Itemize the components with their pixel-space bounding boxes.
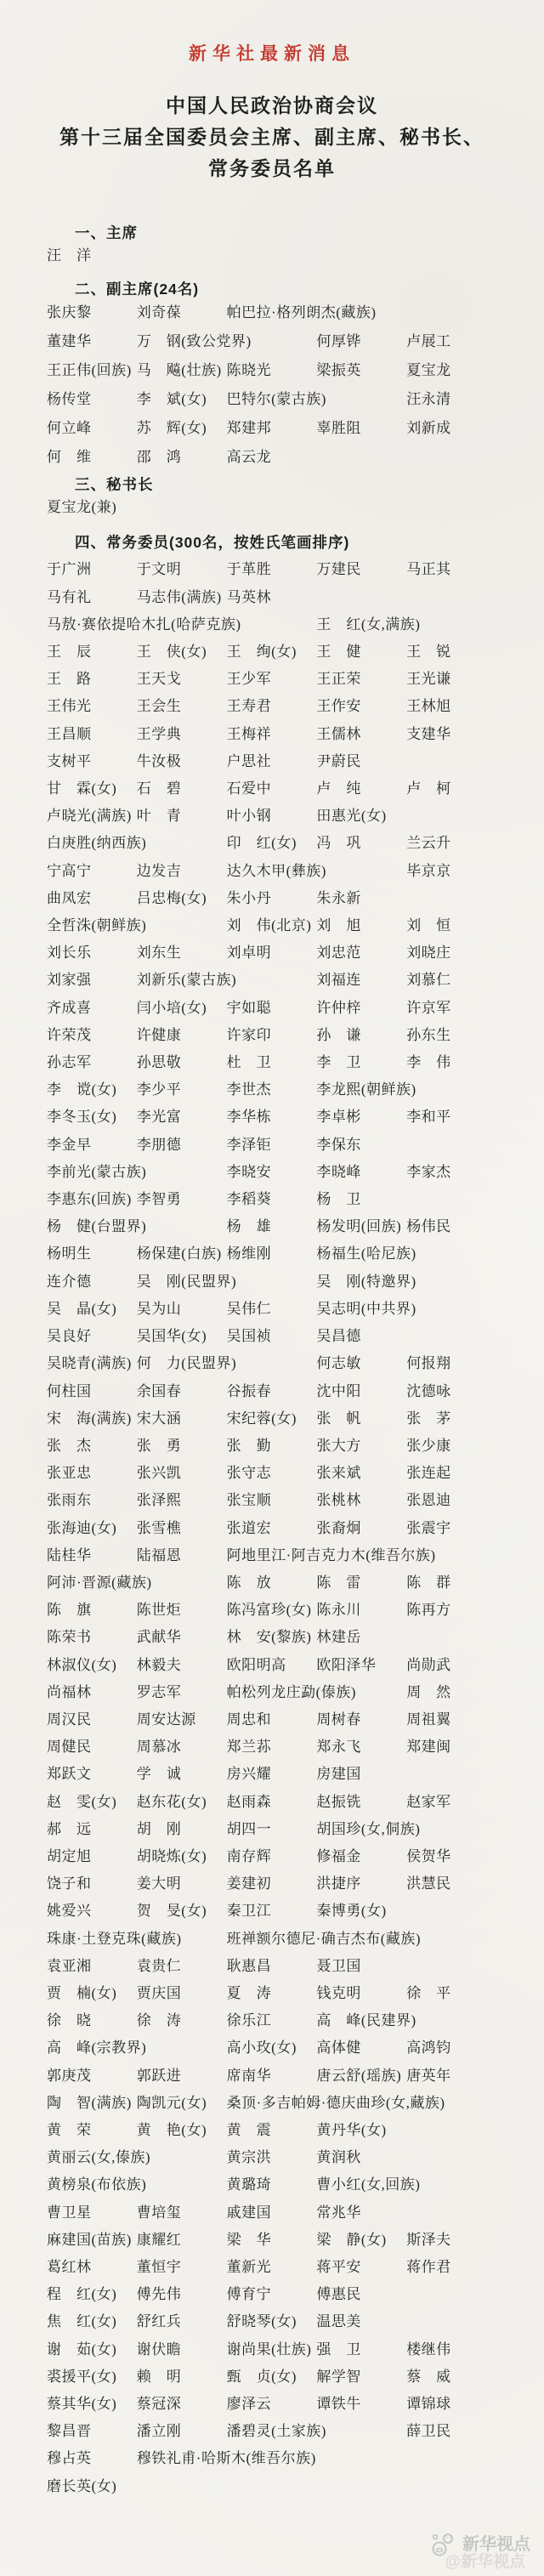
name-row: 谢 茹(女)谢伏瞻谢尚果(壮族)强 卫楼继伟 — [0, 2336, 544, 2363]
member-name: 周忠和 — [227, 1706, 317, 1733]
member-name: 王天戈 — [137, 666, 227, 693]
member-name: 贺 旻(女) — [137, 1898, 227, 1925]
member-name: 孙 谦 — [316, 1022, 406, 1049]
member-name: 曹卫星 — [47, 2199, 137, 2227]
member-name: 于革胜 — [227, 556, 317, 583]
member-name: 卢 纯 — [316, 775, 406, 803]
name-row: 李金早李朋德李泽钜李保东 — [0, 1132, 544, 1159]
member-name: 王寿君 — [227, 693, 317, 720]
member-name: 饶子和 — [47, 1870, 137, 1898]
section-4: 四、常务委员(300名，按姓氏笔画排序)于广洲于文明于革胜万建民马正其马有礼马志… — [0, 533, 544, 2499]
member-name: 曹培玺 — [137, 2199, 227, 2227]
name-row: 李冬玉(女)李光富李华栋李卓彬李和平 — [0, 1104, 544, 1131]
member-name: 马有礼 — [47, 584, 137, 611]
member-name: 沈中阳 — [316, 1378, 406, 1405]
member-name: 梁 华 — [227, 2227, 317, 2254]
member-name: 南存辉 — [227, 1843, 317, 1870]
member-name: 王少军 — [227, 666, 317, 693]
member-name: 班禅额尔德尼·确吉杰布(藏族) — [227, 1926, 496, 1953]
member-name: 沈德咏 — [406, 1378, 496, 1405]
member-name: 周树春 — [316, 1706, 406, 1733]
member-name: 王作安 — [316, 693, 406, 720]
member-name: 林 安(黎族) — [227, 1624, 317, 1651]
member-name: 黄 震 — [227, 2117, 317, 2144]
member-name: 谢尚果(壮族) — [227, 2336, 317, 2363]
member-name: 陈世炬 — [137, 1597, 227, 1624]
member-name: 张守志 — [227, 1460, 317, 1487]
name-row: 黎昌晋潘立刚潘碧灵(土家族)薛卫民 — [0, 2418, 544, 2445]
name-row: 杨明生杨保建(白族)杨维刚杨福生(哈尼族) — [0, 1240, 544, 1268]
member-name: 连介德 — [47, 1268, 137, 1296]
member-name: 李冬玉(女) — [47, 1104, 137, 1131]
member-name: 王 锐 — [406, 638, 496, 666]
member-name: 卢晓光(满族) — [47, 803, 137, 830]
name-row: 穆占英穆铁礼甫·哈斯木(维吾尔族) — [0, 2445, 544, 2472]
name-row: 何立峰苏 辉(女)郑建邦辜胜阻刘新成 — [0, 414, 544, 443]
name-row: 汪 洋 — [0, 242, 544, 270]
member-name: 吴晓青(满族) — [47, 1350, 137, 1377]
name-row: 张庆黎刘奇葆帕巴拉·格列朗杰(藏族) — [0, 298, 544, 327]
member-name: 解学智 — [316, 2363, 406, 2391]
member-name: 温思美 — [316, 2308, 496, 2335]
section-1: 一、主席汪 洋 — [0, 224, 544, 270]
name-row: 曲凤宏吕忠梅(女)朱小丹朱永新 — [0, 885, 544, 912]
name-row: 李惠东(回族)李智勇李稻葵杨 卫 — [0, 1186, 544, 1213]
member-name: 谭锦球 — [406, 2391, 496, 2418]
member-name: 薛卫民 — [406, 2418, 496, 2445]
name-list: 一、主席汪 洋二、副主席(24名)张庆黎刘奇葆帕巴拉·格列朗杰(藏族)董建华万 … — [0, 224, 544, 2500]
member-name: 万建民 — [316, 556, 406, 583]
member-name: 张大方 — [316, 1433, 406, 1460]
member-name: 舒晓琴(女) — [227, 2308, 317, 2335]
member-name: 罗志军 — [137, 1679, 227, 1706]
member-name: 赵振铣 — [316, 1789, 406, 1816]
member-name: 冯 巩 — [316, 830, 406, 857]
member-name: 黄丽云(女,傣族) — [47, 2144, 227, 2171]
member-name: 林淑仪(女) — [47, 1652, 137, 1679]
member-name: 李世杰 — [227, 1076, 317, 1104]
member-name: 许仲梓 — [316, 995, 406, 1022]
member-name: 何 维 — [47, 443, 137, 472]
name-row: 宁高宁边发吉达久木甲(彝族)毕京京 — [0, 858, 544, 885]
member-name: 牛汝极 — [137, 748, 227, 775]
member-name: 李前光(蒙古族) — [47, 1159, 227, 1186]
member-name: 万 钢(致公党界) — [137, 327, 317, 356]
name-row: 王正伟(回族)马 飚(壮族)陈晓光梁振英夏宝龙 — [0, 356, 544, 385]
member-name: 贾 楠(女) — [47, 1980, 137, 2007]
member-name: 黄 艳(女) — [137, 2117, 227, 2144]
member-name: 李智勇 — [137, 1186, 227, 1213]
member-name: 徐 涛 — [137, 2007, 227, 2034]
member-name: 石爱中 — [227, 775, 317, 803]
name-row: 黄丽云(女,傣族)黄宗洪黄润秋 — [0, 2144, 544, 2171]
section-heading: 三、秘书长 — [0, 475, 544, 494]
member-name: 张亚忠 — [47, 1460, 137, 1487]
member-name: 孙志军 — [47, 1049, 137, 1076]
member-name: 唐云舒(瑶族) — [316, 2063, 406, 2090]
name-row: 胡定旭胡晓炼(女)南存辉修福金侯贺华 — [0, 1843, 544, 1870]
member-name: 李家杰 — [406, 1159, 496, 1186]
member-name: 学 诚 — [137, 1761, 227, 1788]
member-name: 杨 健(台盟界) — [47, 1213, 227, 1240]
document-page: 新华社最新消息 中国人民政治协商会议 第十三届全国委员会主席、副主席、秘书长、 … — [0, 0, 544, 2576]
member-name: 杨维刚 — [227, 1240, 317, 1268]
member-name: 李 卫 — [316, 1049, 406, 1076]
member-name: 邵 鸿 — [137, 443, 227, 472]
name-row: 杨传堂李 斌(女)巴特尔(蒙古族)汪永清 — [0, 385, 544, 414]
member-name: 张 茅 — [406, 1405, 496, 1433]
member-name: 李泽钜 — [227, 1132, 317, 1159]
name-row: 磨长英(女) — [0, 2473, 544, 2500]
member-name: 巴特尔(蒙古族) — [227, 385, 407, 414]
name-row: 周健民周慕冰郑兰荪郑永飞郑建闽 — [0, 1733, 544, 1761]
section-heading: 四、常务委员(300名，按姓氏笔画排序) — [0, 533, 544, 552]
member-name: 边发吉 — [137, 858, 227, 885]
member-name: 刘家强 — [47, 967, 137, 994]
member-name: 刘慕仁 — [406, 967, 496, 994]
member-name: 张 勤 — [227, 1433, 317, 1460]
name-row: 袁亚湘袁贵仁耿惠昌聂卫国 — [0, 1953, 544, 1980]
member-name: 周祖翼 — [406, 1706, 496, 1733]
member-name: 陈冯富珍(女) — [227, 1597, 317, 1624]
member-name: 黄丹华(女) — [316, 2117, 496, 2144]
member-name: 李龙熙(朝鲜族) — [316, 1076, 496, 1104]
member-name: 蒋作君 — [406, 2254, 496, 2281]
member-name: 张庆黎 — [47, 298, 137, 327]
name-row: 曹卫星曹培玺戚建国常兆华 — [0, 2199, 544, 2227]
member-name: 黄璐琦 — [227, 2171, 317, 2199]
member-name: 许健康 — [137, 1022, 227, 1049]
name-row: 尚福林罗志军帕松列龙庄勐(傣族)周 然 — [0, 1679, 544, 1706]
member-name: 麻建国(苗族) — [47, 2227, 137, 2254]
name-row: 夏宝龙(兼) — [0, 494, 544, 521]
member-name: 高 峰(民建界) — [316, 2007, 496, 2034]
member-name: 胡 刚 — [137, 1816, 227, 1843]
member-name: 郑建闽 — [406, 1733, 496, 1761]
member-name: 胡定旭 — [47, 1843, 137, 1870]
name-row: 高 峰(宗教界)高小玫(女)高体健高鸿钧 — [0, 2034, 544, 2062]
member-name: 宇如聪 — [227, 995, 317, 1022]
member-name: 王昌顺 — [47, 721, 137, 748]
member-name: 李 谠(女) — [47, 1076, 137, 1104]
title-line-1: 中国人民政治协商会议 — [0, 90, 544, 122]
member-name: 刘东生 — [137, 939, 227, 967]
member-name: 卢 柯 — [406, 775, 496, 803]
name-row: 李前光(蒙古族)李晓安李晓峰李家杰 — [0, 1159, 544, 1186]
member-name: 蒋平安 — [316, 2254, 406, 2281]
name-row: 徐 晓徐 涛徐乐江高 峰(民建界) — [0, 2007, 544, 2034]
member-name: 李和平 — [406, 1104, 496, 1131]
watermark-line-2: @新华视点 — [430, 2554, 530, 2571]
member-name: 陈荣书 — [47, 1624, 137, 1651]
member-name: 谷振春 — [227, 1378, 317, 1405]
member-name: 程 红(女) — [47, 2281, 137, 2308]
member-name: 李 伟 — [406, 1049, 496, 1076]
member-name: 斯泽夫 — [406, 2227, 496, 2254]
member-name: 张道宏 — [227, 1515, 317, 1542]
member-name: 王梅祥 — [227, 721, 317, 748]
member-name: 周健民 — [47, 1733, 137, 1761]
member-name: 马 飚(壮族) — [137, 356, 227, 385]
member-name: 桑顶·多吉帕姆·德庆曲珍(女,藏族) — [227, 2090, 496, 2117]
member-name: 王伟光 — [47, 693, 137, 720]
member-name: 楼继伟 — [406, 2336, 496, 2363]
member-name: 夏 涛 — [227, 1980, 317, 2007]
member-name: 董新光 — [227, 2254, 317, 2281]
member-name: 曹小红(女,回族) — [316, 2171, 496, 2199]
member-name: 徐 平 — [406, 1980, 496, 2007]
member-name: 王 辰 — [47, 638, 137, 666]
member-name: 王学典 — [137, 721, 227, 748]
name-row: 王昌顺王学典王梅祥王儒林支建华 — [0, 721, 544, 748]
member-name: 何志敏 — [316, 1350, 406, 1377]
member-name: 裘援平(女) — [47, 2363, 137, 2391]
member-name: 张震宇 — [406, 1515, 496, 1542]
member-name: 董建华 — [47, 327, 137, 356]
member-name: 李金早 — [47, 1132, 137, 1159]
name-row: 贾 楠(女)贾庆国夏 涛钱克明徐 平 — [0, 1980, 544, 2007]
name-row: 王 辰王 侠(女)王 绚(女)王 健王 锐 — [0, 638, 544, 666]
member-name: 潘碧灵(土家族) — [227, 2418, 407, 2445]
name-row: 张海迪(女)张雪樵张道宏张裔炯张震宇 — [0, 1515, 544, 1542]
member-name: 叶小钢 — [227, 803, 317, 830]
member-name: 梁振英 — [316, 356, 406, 385]
member-name: 余国春 — [137, 1378, 227, 1405]
member-name: 许荣茂 — [47, 1022, 137, 1049]
name-row: 许荣茂许健康许家印孙 谦孙东生 — [0, 1022, 544, 1049]
member-name: 房兴耀 — [227, 1761, 317, 1788]
member-name: 周安达源 — [137, 1706, 227, 1733]
member-name: 孙思敬 — [137, 1049, 227, 1076]
member-name: 王 健 — [316, 638, 406, 666]
member-name: 张裔炯 — [316, 1515, 406, 1542]
member-name: 杜 卫 — [227, 1049, 317, 1076]
member-name: 赵 雯(女) — [47, 1789, 137, 1816]
watermark-text: 新华视点 — [462, 2535, 530, 2554]
name-row: 刘长乐刘东生刘卓明刘忠范刘晓庄 — [0, 939, 544, 967]
member-name: 李保东 — [316, 1132, 496, 1159]
name-row: 张亚忠张兴凯张守志张来斌张连起 — [0, 1460, 544, 1487]
member-name: 闫小培(女) — [137, 995, 227, 1022]
member-name: 谢伏瞻 — [137, 2336, 227, 2363]
member-name: 何柱国 — [47, 1378, 137, 1405]
member-name: 宋 海(满族) — [47, 1405, 137, 1433]
title-line-3: 常务委员名单 — [0, 153, 544, 184]
member-name: 何立峰 — [47, 414, 137, 443]
member-name: 周慕冰 — [137, 1733, 227, 1761]
member-name: 磨长英(女) — [47, 2473, 496, 2500]
member-name: 张 杰 — [47, 1433, 137, 1460]
member-name: 周汉民 — [47, 1706, 137, 1733]
name-row: 孙志军孙思敬杜 卫李 卫李 伟 — [0, 1049, 544, 1076]
member-name: 王正伟(回族) — [47, 356, 137, 385]
member-name: 阿地里江·阿吉克力木(维吾尔族) — [227, 1542, 496, 1569]
member-name: 吴昌德 — [316, 1323, 496, 1350]
name-row: 姚爱兴贺 旻(女)秦卫江秦博勇(女) — [0, 1898, 544, 1925]
member-name: 周 然 — [406, 1679, 496, 1706]
member-name: 潘立刚 — [137, 2418, 227, 2445]
name-row: 麻建国(苗族)康耀红梁 华梁 静(女)斯泽夫 — [0, 2227, 544, 2254]
member-name: 张恩迪 — [406, 1487, 496, 1514]
name-row: 林淑仪(女)林毅夫欧阳明高欧阳泽华尚勋武 — [0, 1652, 544, 1679]
member-name: 宋大涵 — [137, 1405, 227, 1433]
member-name: 郑建邦 — [227, 414, 317, 443]
member-name: 刘 恒 — [406, 912, 496, 939]
member-name: 甄 贞(女) — [227, 2363, 317, 2391]
name-row: 杨 健(台盟界)杨 雄杨发明(回族)杨伟民 — [0, 1213, 544, 1240]
name-row: 何 维邵 鸿高云龙 — [0, 443, 544, 472]
member-name: 支建华 — [406, 721, 496, 748]
member-name: 陈永川 — [316, 1597, 406, 1624]
member-name: 毕京京 — [406, 858, 496, 885]
member-name: 傅惠民 — [316, 2281, 496, 2308]
member-name: 马敖·赛依提哈木扎(哈萨克族) — [47, 611, 316, 638]
member-name: 马英林 — [227, 584, 496, 611]
member-name: 张雪樵 — [137, 1515, 227, 1542]
member-name: 郑跃文 — [47, 1761, 137, 1788]
member-name: 朱小丹 — [227, 885, 317, 912]
member-name: 郭庚茂 — [47, 2063, 137, 2090]
member-name: 夏宝龙(兼) — [47, 494, 496, 521]
name-row: 蔡其华(女)蔡冠深廖泽云谭铁牛谭锦球 — [0, 2391, 544, 2418]
member-name: 李少平 — [137, 1076, 227, 1104]
member-name: 常兆华 — [316, 2199, 496, 2227]
member-name: 叶 青 — [137, 803, 227, 830]
member-name: 张来斌 — [316, 1460, 406, 1487]
member-name: 甘 霖(女) — [47, 775, 137, 803]
member-name: 许京军 — [406, 995, 496, 1022]
member-name: 刘 旭 — [316, 912, 406, 939]
member-name: 全哲洙(朝鲜族) — [47, 912, 227, 939]
member-name: 杨传堂 — [47, 385, 137, 414]
member-name: 王正荣 — [316, 666, 406, 693]
member-name: 高云龙 — [227, 443, 496, 472]
member-name: 陆福恩 — [137, 1542, 227, 1569]
member-name: 洪慧民 — [406, 1870, 496, 1898]
member-name: 刘福连 — [316, 967, 406, 994]
member-name: 马志伟(满族) — [137, 584, 227, 611]
member-name: 傅育宁 — [227, 2281, 317, 2308]
member-name: 尹蔚民 — [316, 748, 496, 775]
member-name: 尚福林 — [47, 1679, 137, 1706]
name-row: 饶子和姜大明姜建初洪捷序洪慧民 — [0, 1870, 544, 1898]
member-name: 李华栋 — [227, 1104, 317, 1131]
member-name: 辜胜阻 — [316, 414, 406, 443]
name-row: 裘援平(女)赖 明甄 贞(女)解学智蔡 威 — [0, 2363, 544, 2391]
member-name: 何 力(民盟界) — [137, 1350, 317, 1377]
member-name: 蔡其华(女) — [47, 2391, 137, 2418]
member-name: 刘长乐 — [47, 939, 137, 967]
member-name: 高小玫(女) — [227, 2034, 317, 2062]
name-row: 齐成喜闫小培(女)宇如聪许仲梓许京军 — [0, 995, 544, 1022]
member-name: 白庚胜(纳西族) — [47, 830, 227, 857]
name-row: 董建华万 钢(致公党界)何厚铧卢展工 — [0, 327, 544, 356]
member-name: 许家印 — [227, 1022, 317, 1049]
section-3: 三、秘书长夏宝龙(兼) — [0, 475, 544, 521]
member-name: 郑永飞 — [316, 1733, 406, 1761]
member-name: 杨明生 — [47, 1240, 137, 1268]
name-row: 黄榜泉(布依族)黄璐琦曹小红(女,回族) — [0, 2171, 544, 2199]
member-name: 李晓峰 — [316, 1159, 406, 1186]
member-name: 秦博勇(女) — [316, 1898, 496, 1925]
name-row: 白庚胜(纳西族)印 红(女)冯 巩兰云升 — [0, 830, 544, 857]
member-name: 戚建国 — [227, 2199, 317, 2227]
member-name: 李 斌(女) — [137, 385, 227, 414]
member-name: 陈 放 — [227, 1569, 317, 1597]
member-name: 胡晓炼(女) — [137, 1843, 227, 1870]
member-name: 卢展工 — [406, 327, 496, 356]
member-name: 杨发明(回族) — [316, 1213, 406, 1240]
member-name: 杨福生(哈尼族) — [316, 1240, 496, 1268]
name-row: 程 红(女)傅先伟傅育宁傅惠民 — [0, 2281, 544, 2308]
name-row: 连介德吴 刚(民盟界)吴 刚(特邀界) — [0, 1268, 544, 1296]
name-row: 焦 红(女)舒红兵舒晓琴(女)温思美 — [0, 2308, 544, 2335]
member-name: 王 路 — [47, 666, 137, 693]
member-name: 李晓安 — [227, 1159, 317, 1186]
member-name: 刘新成 — [406, 414, 496, 443]
member-name: 吴为山 — [137, 1296, 227, 1323]
name-row: 甘 霖(女)石 碧石爱中卢 纯卢 柯 — [0, 775, 544, 803]
member-name: 黄榜泉(布依族) — [47, 2171, 227, 2199]
member-name: 郝 远 — [47, 1816, 137, 1843]
member-name: 刘 伟(北京) — [227, 912, 317, 939]
member-name: 强 卫 — [316, 2336, 406, 2363]
name-row: 张 杰张 勇张 勤张大方张少康 — [0, 1433, 544, 1460]
member-name: 张 帆 — [316, 1405, 406, 1433]
member-name: 张 勇 — [137, 1433, 227, 1460]
member-name: 傅先伟 — [137, 2281, 227, 2308]
member-name: 王 侠(女) — [137, 638, 227, 666]
member-name: 赵家军 — [406, 1789, 496, 1816]
member-name: 王 红(女,满族) — [316, 611, 496, 638]
member-name: 赵东花(女) — [137, 1789, 227, 1816]
member-name: 焦 红(女) — [47, 2308, 137, 2335]
member-name: 葛红林 — [47, 2254, 137, 2281]
member-name: 达久木甲(彝族) — [227, 858, 407, 885]
member-name: 吴 刚(特邀界) — [316, 1268, 496, 1296]
member-name: 姜建初 — [227, 1870, 317, 1898]
member-name: 陈再方 — [406, 1597, 496, 1624]
section-heading: 一、主席 — [0, 224, 544, 242]
member-name: 印 红(女) — [227, 830, 317, 857]
member-name: 吴 晶(女) — [47, 1296, 137, 1323]
member-name: 杨保建(白族) — [137, 1240, 227, 1268]
member-name: 欧阳明高 — [227, 1652, 317, 1679]
name-row: 王 路王天戈王少军王正荣王光谦 — [0, 666, 544, 693]
member-name: 吴志明(中共界) — [316, 1296, 496, 1323]
member-name: 侯贺华 — [406, 1843, 496, 1870]
member-name: 赖 明 — [137, 2363, 227, 2391]
name-row: 马有礼马志伟(满族)马英林 — [0, 584, 544, 611]
name-row: 郭庚茂郭跃进席南华唐云舒(瑶族)唐英年 — [0, 2063, 544, 2090]
member-name: 胡四一 — [227, 1816, 317, 1843]
member-name: 陶 智(满族) — [47, 2090, 137, 2117]
member-name: 汪永清 — [406, 385, 496, 414]
member-name: 吴国祯 — [227, 1323, 317, 1350]
member-name: 陈 旗 — [47, 1597, 137, 1624]
name-row: 吴 晶(女)吴为山吴伟仁吴志明(中共界) — [0, 1296, 544, 1323]
member-name: 李稻葵 — [227, 1186, 317, 1213]
member-name: 耿惠昌 — [227, 1953, 317, 1980]
member-name: 穆铁礼甫·哈斯木(维吾尔族) — [137, 2445, 496, 2472]
member-name: 黄宗洪 — [227, 2144, 317, 2171]
name-row: 王伟光王会生王寿君王作安王林旭 — [0, 693, 544, 720]
member-name: 刘忠范 — [316, 939, 406, 967]
name-row: 支树平牛汝极户思社尹蔚民 — [0, 748, 544, 775]
name-row: 陈荣书武献华林 安(黎族)林建岳 — [0, 1624, 544, 1651]
name-row: 卢晓光(满族)叶 青叶小钢田惠光(女) — [0, 803, 544, 830]
name-row: 宋 海(满族)宋大涵宋纪蓉(女)张 帆张 茅 — [0, 1405, 544, 1433]
